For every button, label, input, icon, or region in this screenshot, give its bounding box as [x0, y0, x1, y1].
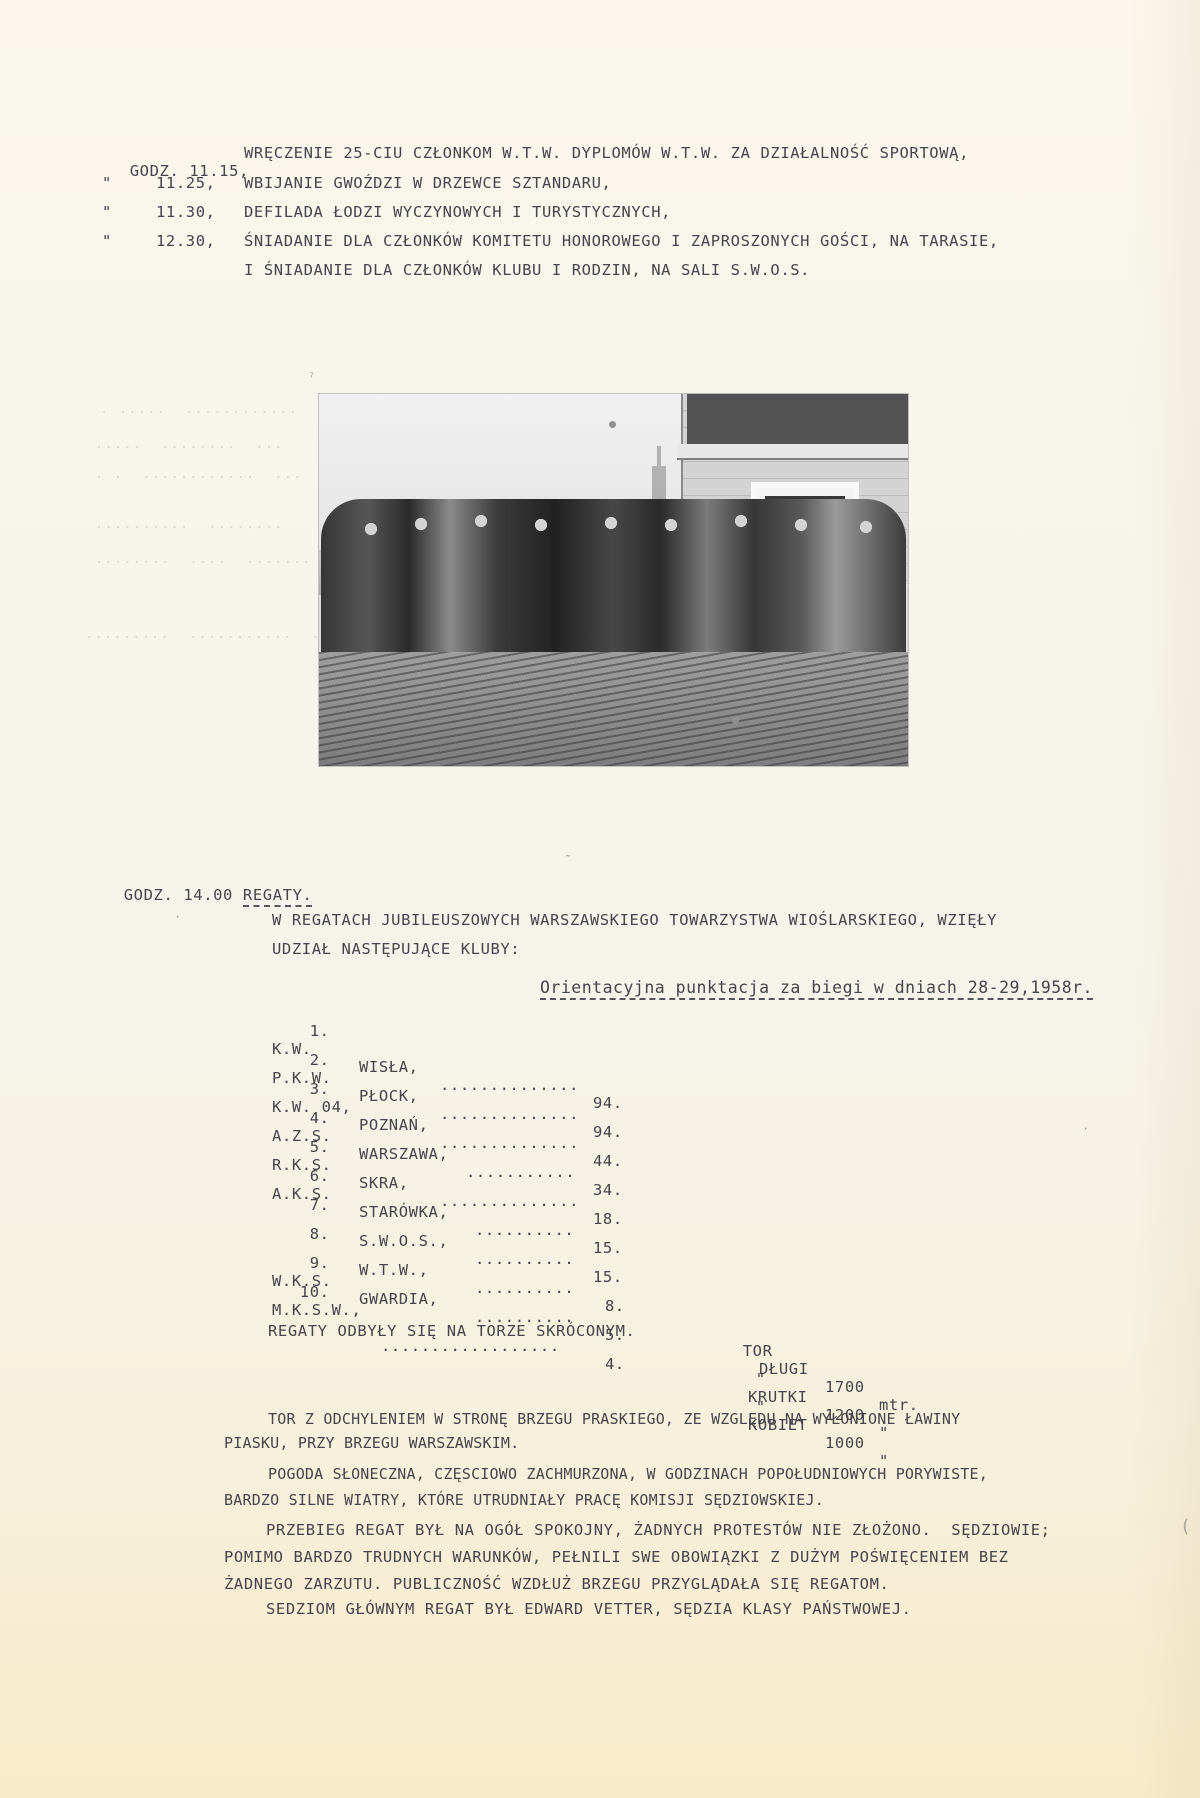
result-points: 8. — [605, 1297, 625, 1315]
result-dots: ........... — [466, 1163, 575, 1181]
margin-dot: · — [174, 910, 181, 924]
course-length: 1000 — [825, 1434, 865, 1452]
result-points: 18. — [593, 1210, 623, 1228]
schedule-text: WBIJANIE GWOŹDZI W DRZEWCE SZTANDARU, — [244, 174, 611, 192]
result-city: SKRA, — [359, 1174, 409, 1192]
paragraph-course-line: PIASKU, PRZY BRZEGU WARSZAWSKIM. — [224, 1434, 519, 1452]
schedule-text: DEFILADA ŁODZI WYCZYNOWYCH I TURYSTYCZNY… — [244, 203, 671, 221]
result-points: 94. — [593, 1094, 623, 1112]
group-photograph — [318, 393, 909, 767]
result-city: GWARDIA, — [359, 1290, 438, 1308]
result-dots: .......... — [475, 1279, 574, 1297]
schedule-text: WRĘCZENIE 25-CIU CZŁONKOM W.T.W. DYPLOMÓ… — [244, 144, 969, 162]
result-points: 94. — [593, 1123, 623, 1141]
result-points: 4. — [605, 1355, 625, 1373]
bleed-through-text: ·········· ········ — [95, 520, 284, 536]
photo-building-balcony — [687, 394, 908, 444]
schedule-ditto: " — [102, 203, 112, 221]
result-dots: .............. — [440, 1192, 579, 1210]
regatta-time: GODZ. 14.00 — [124, 886, 233, 904]
result-city: WISŁA, — [359, 1058, 419, 1076]
paragraph-conduct-line: PRZEBIEG REGAT BYŁ NA OGÓŁ SPOKOJNY, ŻAD… — [266, 1521, 1051, 1539]
bleed-through-text: ········· ··········· ·· — [85, 630, 330, 646]
result-points: 15. — [593, 1239, 623, 1257]
paragraph-weather-line: POGODA SŁONECZNA, CZĘSCIOWO ZACHMURZONA,… — [268, 1465, 988, 1483]
photo-building-ledge — [677, 444, 908, 460]
result-dots: .............. — [440, 1134, 579, 1152]
bleed-through-text: · ····· ············ ··· — [100, 405, 345, 421]
result-points: 34. — [593, 1181, 623, 1199]
result-city: W.T.W., — [359, 1261, 429, 1279]
result-city: S.W.O.S., — [359, 1232, 448, 1250]
bleed-through-text: · · ············ ··· — [95, 470, 302, 486]
schedule-time: 11.30, — [156, 203, 216, 221]
photo-crowd — [321, 499, 906, 659]
result-city: WARSZAWA, — [359, 1145, 448, 1163]
photo-wooden-deck — [319, 652, 908, 766]
course-intro: REGATY ODBYŁY SIĘ NA TORZE SKRÓCONYM. — [268, 1322, 635, 1340]
schedule-text: ŚNIADANIE DLA CZŁONKÓW KOMITETU HONOROWE… — [244, 232, 999, 250]
results-caption: Orientacyjna punktacja za biegi w dniach… — [540, 979, 1093, 1000]
bleed-through-text: ····· ········ ··· — [95, 440, 284, 456]
regatta-intro-line: W REGATACH JUBILEUSZOWYCH WARSZAWSKIEGO … — [272, 911, 997, 929]
margin-mark: ( — [1180, 1516, 1191, 1537]
regatta-intro-line: UDZIAŁ NASTĘPUJĄCE KLUBY: — [272, 940, 520, 958]
result-dots: .......... — [475, 1221, 574, 1239]
result-rank: 10. — [274, 1283, 330, 1301]
paragraph-conduct-line: ŻADNEGO ZARZUTU. PUBLICZNOŚĆ WZDŁUŻ BRZE… — [224, 1575, 889, 1593]
course-name: DŁUGI — [759, 1360, 809, 1378]
paragraph-course-line: TOR Z ODCHYLENIEM W STRONĘ BRZEGU PRASKI… — [268, 1410, 960, 1428]
regatta-title: REGATY. — [243, 886, 313, 907]
schedule-continuation: I ŚNIADANIE DLA CZŁONKÓW KLUBU I RODZIN,… — [244, 261, 810, 279]
schedule-time: 12.30, — [156, 232, 216, 250]
paragraph-judge-line: SEDZIOM GŁÓWNYM REGAT BYŁ EDWARD VETTER,… — [266, 1600, 912, 1618]
schedule-ditto: " — [102, 174, 112, 192]
photo-stain — [609, 421, 616, 428]
schedule-ditto: " — [102, 232, 112, 250]
paragraph-conduct-line: POMIMO BARDZO TRUDNYCH WARUNKÓW, PEŁNILI… — [224, 1548, 1009, 1566]
result-points: 15. — [593, 1268, 623, 1286]
tape-mark: ˀ — [308, 372, 315, 386]
course-length: 1700 — [825, 1378, 865, 1396]
pencil-mark: ˷ — [566, 843, 573, 858]
result-dots: .............. — [440, 1076, 579, 1094]
result-city: POZNAŃ, — [359, 1116, 429, 1134]
schedule-time: 11.25, — [156, 174, 216, 192]
bleed-through-text: ········ ···· ······· — [95, 555, 312, 571]
photo-stain — [732, 717, 739, 724]
result-city: STARÓWKA, — [359, 1203, 448, 1221]
paragraph-weather-line: BARDZO SILNE WIATRY, KTÓRE UTRUDNIAŁY PR… — [224, 1491, 824, 1509]
result-points: 44. — [593, 1152, 623, 1170]
result-dots: .............. — [440, 1105, 579, 1123]
result-dots: .......... — [475, 1250, 574, 1268]
margin-dot: · — [1082, 1122, 1089, 1136]
result-city: PŁOCK, — [359, 1087, 419, 1105]
result-club: M.K.S.W., — [272, 1301, 361, 1319]
